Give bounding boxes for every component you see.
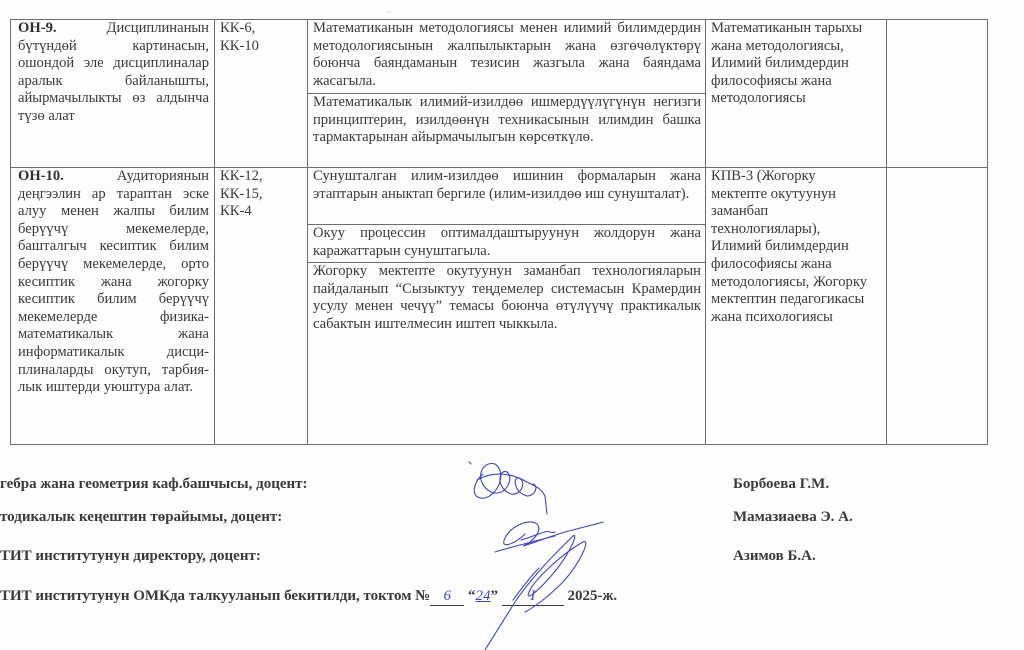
signatory-name: Мамазиаева Э. А. [733,509,853,526]
disciplines-cell: КПВ-3 (Жогорку мектепте окутуунун заманб… [711,168,871,326]
handwritten-signatures-icon [455,452,645,650]
table-border-left [10,19,11,445]
disciplines-cell: Математиканын тарыхы жана методологиясы,… [711,20,883,108]
day-close-quote: ” [491,588,499,604]
task-cell: Сунушталган илим-изилдөө ишинин формалар… [313,168,701,203]
outcome-text: Аудиториянын деңгээлин ар тараптан эске … [18,168,209,395]
column-divider [705,19,706,445]
approval-year: 2025-ж. [568,588,618,604]
competency-code: КК-15, [220,186,304,204]
signatory-name: Борбоева Г.М. [733,476,829,493]
competency-code: КК-4 [220,203,304,221]
task-cell: Окуу процессин оптималдаштыруунун жолдор… [313,225,701,260]
protocol-number: 6 [430,588,464,606]
approval-text: ТИТ институтунун ОМКда талкууланып бекит… [0,588,430,604]
outcome-code: ОН-9. [18,20,57,36]
competency-table: ОН-9. Дисциплинанын бүтүндөй картинасын,… [10,19,988,445]
task-cell: Жогорку мектепте окутуунун заманбап техн… [313,263,701,333]
column-divider [886,19,887,445]
learning-outcome-cell: ОН-10. Аудиториянын деңгээлин ар тарапта… [18,168,209,397]
outcome-code: ОН-10. [18,168,64,184]
task-cell: Математиканын методологиясы менен илимий… [313,20,701,90]
table-border-right [987,19,988,445]
day-open-quote: “ [468,588,476,604]
approval-day: 24 [476,588,491,604]
competencies-cell: КК-6, КК-10 [220,20,304,55]
signatory-name: Азимов Б.А. [733,548,816,565]
signatory-role: гебра жана геометрия каф.башчысы, доцент… [0,476,308,493]
competencies-cell: КК-12, КК-15, КК-4 [220,168,304,221]
column-divider [214,19,215,445]
learning-outcome-cell: ОН-9. Дисциплинанын бүтүндөй картинасын,… [18,20,209,126]
task-cell: Математикалык илимий-изилдөө ишмердүүлүг… [313,94,701,147]
competency-code: КК-10 [220,38,304,56]
competency-code: КК-6, [220,20,304,38]
competency-code: КК-12, [220,168,304,186]
signatory-role: тодикалык кеңештин төрайымы, доцент: [0,509,282,526]
approval-line: ТИТ институтунун ОМКда талкууланып бекит… [0,588,617,606]
signatory-role: ТИТ институтунун директору, доцент: [0,548,261,565]
column-divider [307,19,308,445]
approval-month: I [502,588,564,606]
table-border-bottom [10,444,988,445]
scan-artifact: ·· [386,8,391,17]
